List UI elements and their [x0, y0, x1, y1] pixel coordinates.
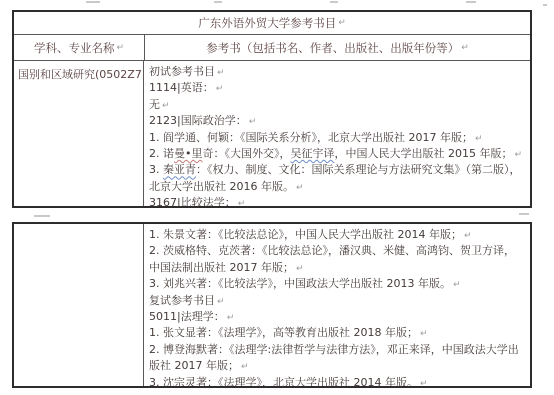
scan-artifact-mark — [519, 213, 529, 215]
text-line: 2. 诺曼•里奇：《大国外交》，吴征宇译，中国人民大学出版社 2015 年版；↵ — [149, 146, 528, 162]
text-segment: 2. 茨威格特、克茨著：《比较法总论》，潘汉典、米健、高鸿钧、贺卫方译， — [149, 244, 515, 257]
text-segment: 1. 朱景文著：《比较法总论》，中国人民大学出版社 2014 年版； — [149, 228, 462, 241]
text-line: 1114|英语：↵ — [149, 80, 528, 96]
paragraph-return-mark: ↵ — [338, 18, 346, 28]
text-line: 中国法制出版社 2017 年版；↵ — [149, 260, 528, 276]
text-line: 北京大学出版社 2016 年版。↵ — [149, 179, 528, 195]
scan-artifact-mark — [214, 1, 222, 3]
paragraph-return-mark: ↵ — [296, 264, 304, 274]
scan-artifact-mark — [466, 1, 476, 3]
paragraph-return-mark: ↵ — [464, 231, 472, 241]
paragraph-return-mark: ↵ — [296, 183, 304, 193]
text-segment: 3. — [149, 163, 163, 176]
text-segment: 无 — [149, 98, 160, 111]
scan-artifact-mark — [34, 215, 50, 217]
text-line: 2. 博登海默著：《法理学:法律哲学与法律方法》，邓正来译，中国政法大学出 — [149, 342, 528, 358]
text-line: 3. 刘兆兴著：《比较法学》，中国政法大学出版社 2013 年版。↵ — [149, 276, 528, 292]
text-line: 5011|法理学：↵ — [149, 309, 528, 325]
text-segment: 1. 张文显著：《法理学》，高等教育出版社 2018 年版； — [149, 326, 418, 339]
text-segment: 北京大学出版社 2016 年版。 — [149, 180, 294, 193]
scan-artifact-mark — [543, 4, 547, 6]
scan-artifact-mark — [86, 1, 100, 3]
text-line: 3167|比较法学：↵ — [149, 195, 528, 206]
text-segment: 复试参考书目 — [149, 294, 215, 307]
paragraph-return-mark: ↵ — [420, 379, 428, 386]
paragraph-return-mark: ↵ — [420, 329, 428, 339]
text-segment: ，中国人民大学出版社 2015 年版； — [335, 147, 513, 160]
subject-cell-empty — [14, 224, 144, 386]
table-title-row: 广东外语外贸大学参考书目↵ — [14, 12, 530, 35]
document-page: { "marks": { "eol": "↵" }, "colors": { "… — [0, 0, 554, 395]
text-segment: 3. — [149, 376, 163, 386]
text-segment: 3167|比较法学： — [149, 196, 236, 206]
text-segment: 3. 刘兆兴著：《比较法学》，中国政法大学出版社 2013 年版。 — [149, 277, 451, 290]
paragraph-return-mark: ↵ — [241, 362, 249, 372]
text-line: 无↵ — [149, 97, 528, 113]
table-body-row: 1. 朱景文著：《比较法总论》，中国人民大学出版社 2014 年版；↵2. 茨威… — [14, 224, 530, 386]
header-cell-subject: 学科、专业名称↵ — [14, 35, 145, 60]
text-line: 3. 沈宗灵著：《法理学》，北京大学出版社 2014 年版。↵ — [149, 375, 528, 386]
text-line: 1. 阎学通、何颖：《国际关系分析》，北京大学出版社 2017 年版；↵ — [149, 130, 528, 146]
text-segment: ：《权力、制度、文化：国际关系理论与方法研究文集》（第二版）， — [196, 163, 521, 176]
reference-book-table: 广东外语外贸大学参考书目↵ 学科、专业名称↵ 参考书（包括书名、作者、出版社、出… — [12, 10, 532, 208]
text-segment: 初试参考书目 — [149, 65, 215, 78]
text-segment: 2. 诺 — [149, 147, 174, 160]
paragraph-return-mark: ↵ — [217, 297, 225, 307]
text-line: 2123|国际政治学：↵ — [149, 113, 528, 129]
text-segment: 著：《法理学》，北京大学出版社 2014 年版。 — [196, 376, 418, 386]
reference-book-table-continuation: 1. 朱景文著：《比较法总论》，中国人民大学出版社 2014 年版；↵2. 茨威… — [12, 222, 532, 388]
header-cell-reference: 参考书（包括书名、作者、出版社、出版年份等）↵ — [145, 35, 530, 60]
paragraph-return-mark: ↵ — [249, 117, 257, 127]
scan-artifact-mark — [330, 1, 338, 3]
text-line: 1. 朱景文著：《比较法总论》，中国人民大学出版社 2014 年版；↵ — [149, 227, 528, 243]
spellcheck-marked-text: 秦亚青 — [163, 163, 196, 176]
text-segment: 中国法制出版社 2017 年版； — [149, 261, 294, 274]
header-reference-label: 参考书（包括书名、作者、出版社、出版年份等） — [206, 40, 459, 56]
paragraph-return-mark: ↵ — [162, 101, 170, 111]
text-line: 1. 张文显著：《法理学》，高等教育出版社 2018 年版；↵ — [149, 325, 528, 341]
text-line: 复试参考书目↵ — [149, 293, 528, 309]
text-segment: 2. 博登海默著：《法理学:法律哲学与法律方法》，邓正来译，中国政法大学出 — [149, 343, 519, 356]
table-body-row: 国别和区域研究(0502Z7)↵ 初试参考书目↵1114|英语：↵无↵2123|… — [14, 61, 530, 206]
text-line: 版社 2017 年版；↵ — [149, 358, 528, 374]
text-segment: 奇：《大国外交》， — [203, 147, 291, 160]
spellcheck-marked-text: 沈宗灵 — [163, 376, 196, 386]
reference-list-cell: 初试参考书目↵1114|英语：↵无↵2123|国际政治学：↵1. 阎学通、何颖：… — [144, 61, 530, 206]
text-segment: 版社 2017 年版； — [149, 359, 239, 372]
table-header-row: 学科、专业名称↵ 参考书（包括书名、作者、出版社、出版年份等）↵ — [14, 35, 530, 61]
text-segment: 2123|国际政治学： — [149, 114, 247, 127]
spellcheck-marked-text: 曼•里 — [174, 147, 203, 160]
text-segment: 1. 阎学通、何颖：《国际关系分析》，北京大学出版社 2017 年版； — [149, 131, 473, 144]
paragraph-return-mark: ↵ — [238, 199, 246, 206]
text-segment: 5011|法理学： — [149, 310, 225, 323]
paragraph-return-mark: ↵ — [453, 280, 461, 290]
paragraph-return-mark: ↵ — [116, 43, 124, 53]
text-line: 3. 秦亚青：《权力、制度、文化：国际关系理论与方法研究文集》（第二版）， — [149, 162, 528, 178]
paragraph-return-mark: ↵ — [475, 134, 483, 144]
text-line: 初试参考书目↵ — [149, 64, 528, 80]
text-segment: 1114|英语： — [149, 81, 214, 94]
spellcheck-marked-text: 吴征宇译 — [291, 147, 335, 160]
paragraph-return-mark: ↵ — [227, 313, 235, 323]
subject-name: 国别和区域研究(0502Z7) — [18, 66, 144, 82]
paragraph-return-mark: ↵ — [461, 43, 469, 53]
table-title: 广东外语外贸大学参考书目 — [198, 15, 336, 31]
paragraph-return-mark: ↵ — [216, 84, 224, 94]
paragraph-return-mark: ↵ — [515, 150, 523, 160]
header-subject-label: 学科、专业名称 — [34, 40, 115, 56]
text-line: 2. 茨威格特、克茨著：《比较法总论》，潘汉典、米健、高鸿钧、贺卫方译， — [149, 243, 528, 259]
reference-list-cell: 1. 朱景文著：《比较法总论》，中国人民大学出版社 2014 年版；↵2. 茨威… — [144, 224, 530, 386]
subject-cell: 国别和区域研究(0502Z7)↵ — [14, 61, 144, 206]
paragraph-return-mark: ↵ — [217, 68, 225, 78]
